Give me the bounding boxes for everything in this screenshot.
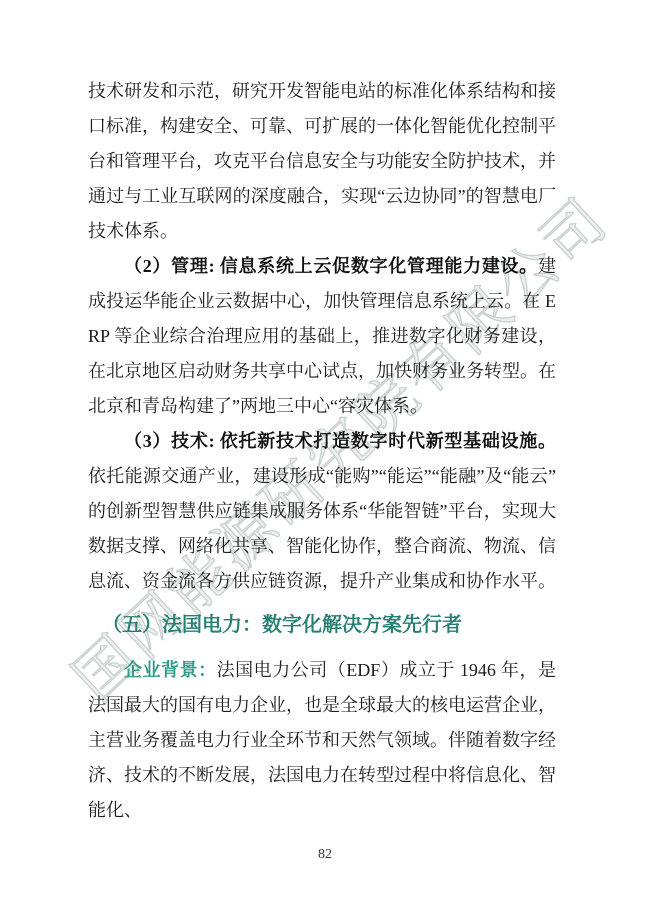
text-run: （3）技术: 依托新技术打造数字时代新型基础设施。: [124, 431, 556, 451]
document-page: 国网能源研究院有限公司 技术研发和示范，研究开发智能电站的标准化体系结构和接口标…: [0, 0, 650, 919]
body-paragraph: 技术研发和示范，研究开发智能电站的标准化体系结构和接口标准，构建安全、可靠、可扩…: [88, 74, 556, 249]
body-paragraph: 企业背景：法国电力公司（EDF）成立于 1946 年，是法国最大的国有电力企业，…: [88, 653, 556, 828]
section-heading: （五）法国电力：数字化解决方案先行者: [102, 610, 556, 640]
text-run: （2）管理: 信息系统上云促数字化管理能力建设。: [124, 256, 538, 276]
page-number: 82: [0, 847, 650, 863]
text-run: 企业背景：: [124, 660, 217, 680]
text-run: 法国电力公司（EDF）成立于 1946 年，是法国最大的国有电力企业，也是全球最…: [88, 660, 556, 820]
body-paragraph: （2）管理: 信息系统上云促数字化管理能力建设。建成投运华能企业云数据中心，加快…: [88, 249, 556, 424]
text-run: 依托能源交通产业，建设形成“能购”“能运”“能融”及“能云”的创新型智慧供应链集…: [88, 466, 556, 591]
page-content: 技术研发和示范，研究开发智能电站的标准化体系结构和接口标准，构建安全、可靠、可扩…: [88, 0, 556, 828]
text-run: 建成投运华能企业云数据中心，加快管理信息系统上云。在 ERP 等企业综合治理应用…: [88, 256, 556, 416]
text-run: 技术研发和示范，研究开发智能电站的标准化体系结构和接口标准，构建安全、可靠、可扩…: [88, 81, 556, 241]
body-paragraph: （3）技术: 依托新技术打造数字时代新型基础设施。依托能源交通产业，建设形成“能…: [88, 424, 556, 599]
